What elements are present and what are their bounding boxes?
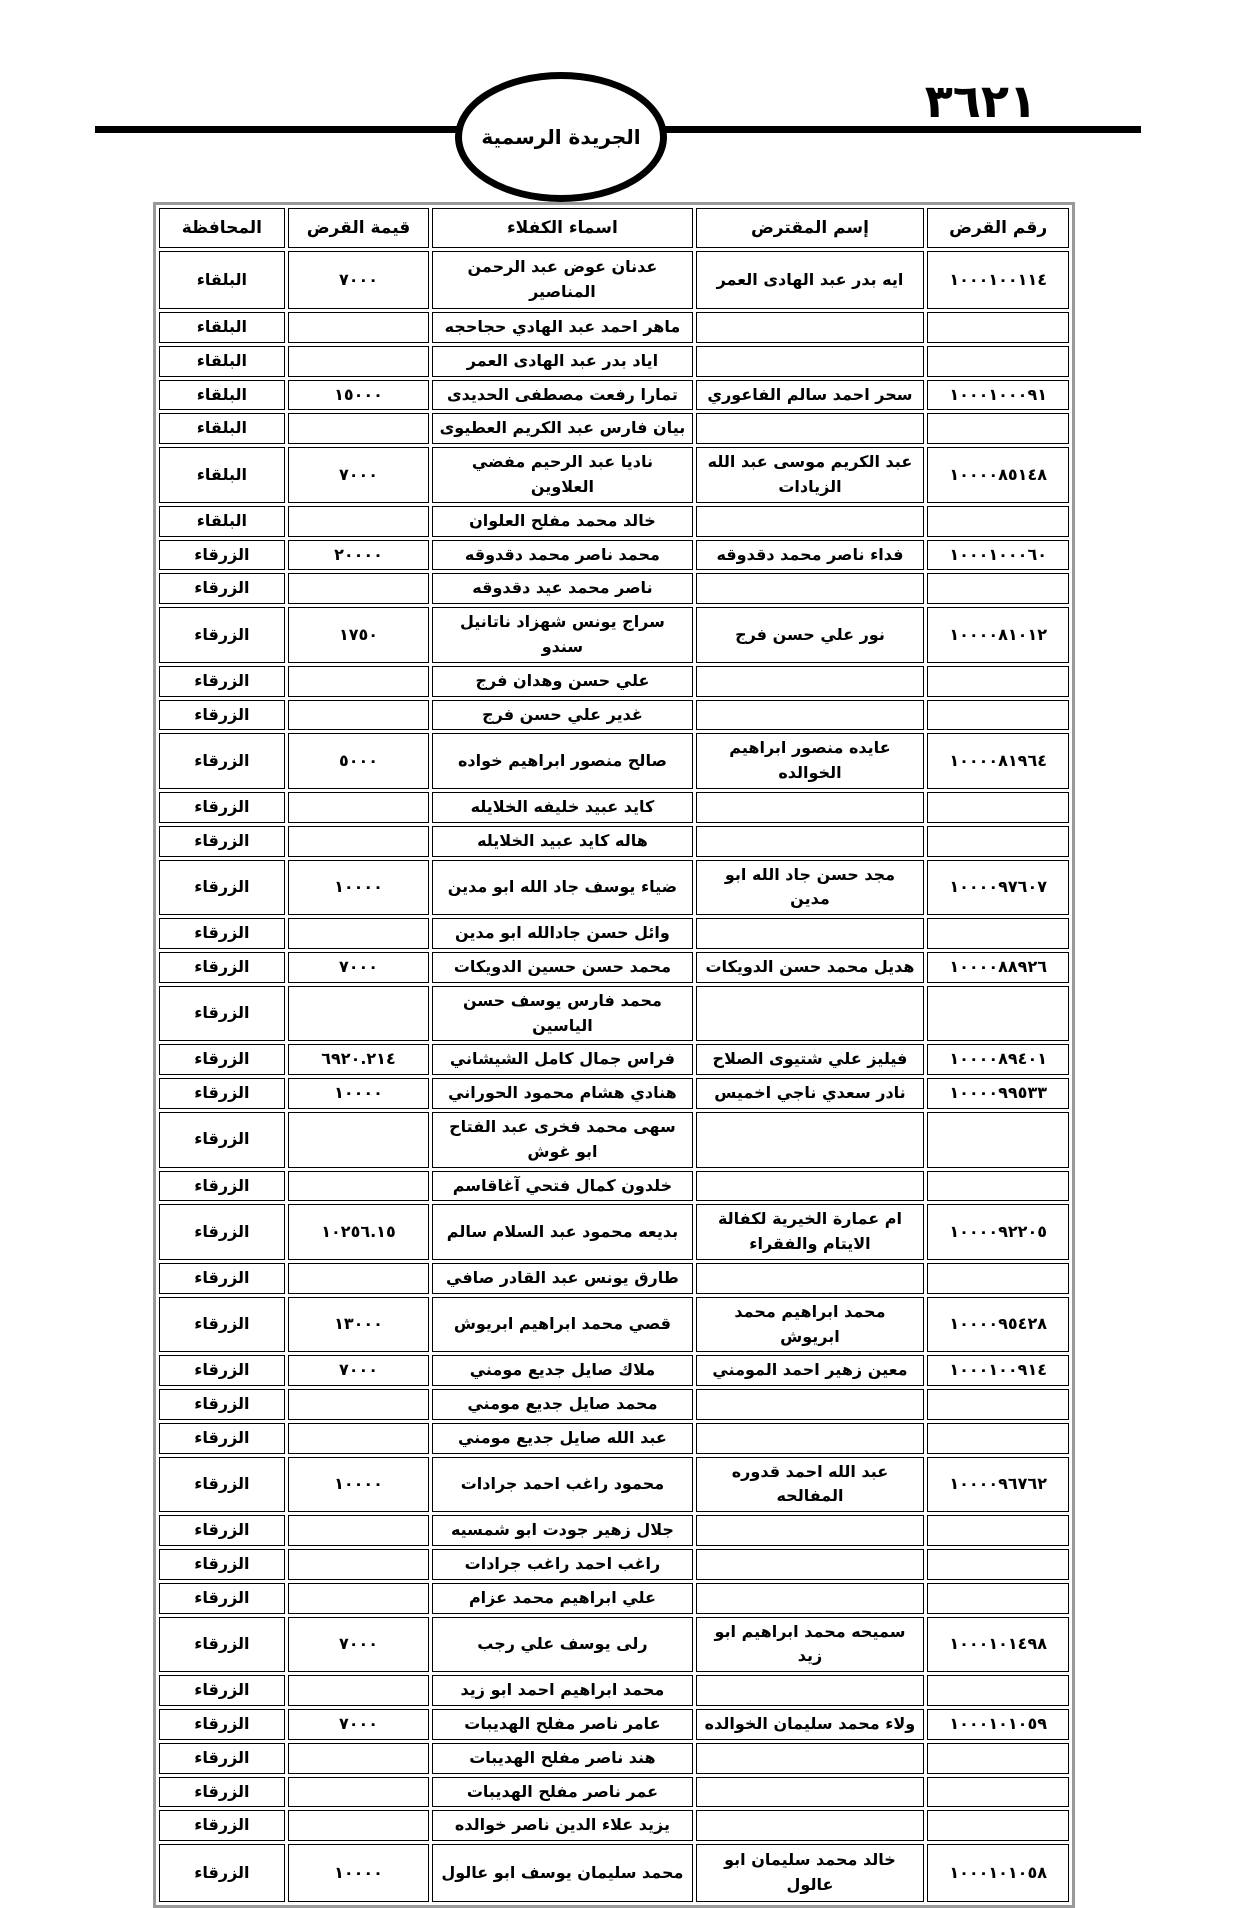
loan-number-cell: ١٠٠٠٠٨٨٩٢٦ [927, 952, 1069, 983]
amount-cell [288, 1583, 429, 1614]
amount-cell [288, 1549, 429, 1580]
guarantors-cell: فراس جمال كامل الشيشاني [432, 1044, 692, 1075]
loan-number-cell [927, 1389, 1069, 1420]
amount-cell [288, 666, 429, 697]
loan-number-cell: ١٠٠٠٠٩٥٤٢٨ [927, 1297, 1069, 1353]
borrower-cell: ايه بدر عبد الهادى العمر [696, 251, 925, 309]
loan-number-cell [927, 573, 1069, 604]
table-row: ١٠٠٠١٠٠٠٦٠ فداء ناصر محمد دقدوقه محمد نا… [159, 540, 1069, 571]
guarantors-cell: كايد عبيد خليفه الخلايله [432, 792, 692, 823]
loan-number-cell [927, 1112, 1069, 1168]
governorate-cell: الزرقاء [159, 700, 285, 731]
guarantors-cell: سراج يونس شهزاد ناتانيل سندو [432, 607, 692, 663]
table-row: جلال زهير جودت ابو شمسيه الزرقاء [159, 1515, 1069, 1546]
table-row: محمد فارس يوسف حسن الياسين الزرقاء [159, 986, 1069, 1042]
guarantors-cell: محمد فارس يوسف حسن الياسين [432, 986, 692, 1042]
table-row: ١٠٠٠٠٩٩٥٣٣ نادر سعدي ناجي اخميس هنادي هش… [159, 1078, 1069, 1109]
loan-number-cell [927, 1810, 1069, 1841]
guarantors-cell: محمود راغب احمد جرادات [432, 1457, 692, 1513]
amount-cell [288, 986, 429, 1042]
loan-number-cell: ١٠٠٠٠٩٧٦٠٧ [927, 860, 1069, 916]
loan-number-cell [927, 1171, 1069, 1202]
governorate-cell: البلقاء [159, 413, 285, 444]
amount-cell [288, 1777, 429, 1808]
loan-number-cell [927, 826, 1069, 857]
header-loan-number: رقم القرض [927, 208, 1069, 248]
amount-cell [288, 1810, 429, 1841]
loan-number-cell [927, 1549, 1069, 1580]
table-row: ١٠٠٠٠٩٦٧٦٢ عبد الله احمد قدوره المفالحه … [159, 1457, 1069, 1513]
governorate-cell: الزرقاء [159, 826, 285, 857]
amount-cell [288, 1515, 429, 1546]
amount-cell: ١٣٠٠٠ [288, 1297, 429, 1353]
borrower-cell [696, 1515, 925, 1546]
table-row: ماهر احمد عبد الهادي حجاحجه البلقاء [159, 312, 1069, 343]
amount-cell [288, 1112, 429, 1168]
header-borrower: إسم المقترض [696, 208, 925, 248]
governorate-cell: الزرقاء [159, 1709, 285, 1740]
amount-cell [288, 918, 429, 949]
governorate-cell: الزرقاء [159, 918, 285, 949]
governorate-cell: الزرقاء [159, 1457, 285, 1513]
borrower-cell: عبد الله احمد قدوره المفالحه [696, 1457, 925, 1513]
borrower-cell [696, 1263, 925, 1294]
loan-number-cell: ١٠٠٠٠٨١٩٦٤ [927, 733, 1069, 789]
amount-cell [288, 1423, 429, 1454]
borrower-cell [696, 792, 925, 823]
guarantors-cell: هاله كايد عبيد الخلايله [432, 826, 692, 857]
governorate-cell: الزرقاء [159, 1675, 285, 1706]
governorate-cell: الزرقاء [159, 1777, 285, 1808]
guarantors-cell: وائل حسن جادالله ابو مدين [432, 918, 692, 949]
governorate-cell: البلقاء [159, 506, 285, 537]
governorate-cell: الزرقاء [159, 1583, 285, 1614]
borrower-cell [696, 986, 925, 1042]
header-amount: قيمة القرض [288, 208, 429, 248]
governorate-cell: الزرقاء [159, 1355, 285, 1386]
table-row: كايد عبيد خليفه الخلايله الزرقاء [159, 792, 1069, 823]
governorate-cell: الزرقاء [159, 1515, 285, 1546]
governorate-cell: البلقاء [159, 447, 285, 503]
guarantors-cell: صالح منصور ابراهيم خواده [432, 733, 692, 789]
borrower-cell: مجد حسن جاد الله ابو مدين [696, 860, 925, 916]
table-row: ١٠٠٠٠٨٨٩٢٦ هديل محمد حسن الدويكات محمد ح… [159, 952, 1069, 983]
borrower-cell [696, 700, 925, 731]
governorate-cell: الزرقاء [159, 733, 285, 789]
table-row: طارق يونس عبد القادر صافي الزرقاء [159, 1263, 1069, 1294]
loan-number-cell [927, 506, 1069, 537]
loan-number-cell [927, 700, 1069, 731]
loan-number-cell [927, 792, 1069, 823]
loan-number-cell: ١٠٠٠٠٨٩٤٠١ [927, 1044, 1069, 1075]
borrower-cell [696, 506, 925, 537]
table-row: خلدون كمال فتحي آغاقاسم الزرقاء [159, 1171, 1069, 1202]
governorate-cell: الزرقاء [159, 607, 285, 663]
guarantors-cell: محمد ابراهيم احمد ابو زيد [432, 1675, 692, 1706]
amount-cell: ٢٠٠٠٠ [288, 540, 429, 571]
borrower-cell: نور علي حسن فرج [696, 607, 925, 663]
table-row: ١٠٠٠٠٨١٠١٢ نور علي حسن فرج سراج يونس شهز… [159, 607, 1069, 663]
amount-cell [288, 506, 429, 537]
loan-number-cell [927, 1743, 1069, 1774]
amount-cell: ٧٠٠٠ [288, 952, 429, 983]
governorate-cell: الزرقاء [159, 1423, 285, 1454]
guarantors-cell: ضياء يوسف جاد الله ابو مدين [432, 860, 692, 916]
loan-number-cell [927, 986, 1069, 1042]
borrower-cell: محمد ابراهيم محمد ابريوش [696, 1297, 925, 1353]
guarantors-cell: راغب احمد راغب جرادات [432, 1549, 692, 1580]
borrower-cell: ولاء محمد سليمان الخوالده [696, 1709, 925, 1740]
governorate-cell: البلقاء [159, 312, 285, 343]
loan-number-cell: ١٠٠٠١٠٠٠٩١ [927, 380, 1069, 411]
borrower-cell [696, 1423, 925, 1454]
guarantors-cell: محمد صايل جديع مومني [432, 1389, 692, 1420]
amount-cell [288, 792, 429, 823]
table-row: علي حسن وهدان فرج الزرقاء [159, 666, 1069, 697]
governorate-cell: الزرقاء [159, 1078, 285, 1109]
table-row: ١٠٠٠١٠١٠٥٨ خالد محمد سليمان ابو عالول مح… [159, 1844, 1069, 1902]
amount-cell [288, 1389, 429, 1420]
amount-cell [288, 1743, 429, 1774]
loan-number-cell [927, 312, 1069, 343]
loan-number-cell: ١٠٠٠٠٨٥١٤٨ [927, 447, 1069, 503]
loan-number-cell [927, 918, 1069, 949]
loan-number-cell: ١٠٠٠١٠٠١١٤ [927, 251, 1069, 309]
borrower-cell: هديل محمد حسن الدويكات [696, 952, 925, 983]
governorate-cell: الزرقاء [159, 1204, 285, 1260]
loan-number-cell: ١٠٠٠١٠١٠٥٨ [927, 1844, 1069, 1902]
amount-cell [288, 1171, 429, 1202]
governorate-cell: الزرقاء [159, 952, 285, 983]
borrower-cell [696, 1810, 925, 1841]
amount-cell [288, 1675, 429, 1706]
loan-number-cell [927, 1423, 1069, 1454]
borrower-cell: فيليز علي شتيوى الصلاح [696, 1044, 925, 1075]
guarantors-cell: علي ابراهيم محمد عزام [432, 1583, 692, 1614]
guarantors-cell: يزيد علاء الدين ناصر خوالده [432, 1810, 692, 1841]
borrower-cell: عبد الكريم موسى عبد الله الزيادات [696, 447, 925, 503]
guarantors-cell: عامر ناصر مفلح الهديبات [432, 1709, 692, 1740]
governorate-cell: البلقاء [159, 346, 285, 377]
header-guarantors: اسماء الكفلاء [432, 208, 692, 248]
loan-number-cell: ١٠٠٠١٠٠٩١٤ [927, 1355, 1069, 1386]
guarantors-cell: عبد الله صايل جديع مومني [432, 1423, 692, 1454]
amount-cell: ٧٠٠٠ [288, 251, 429, 309]
loan-number-cell [927, 1675, 1069, 1706]
guarantors-cell: محمد سليمان يوسف ابو عالول [432, 1844, 692, 1902]
header-row: رقم القرض إسم المقترض اسماء الكفلاء قيمة… [159, 208, 1069, 248]
table-row: ١٠٠٠٠٨٩٤٠١ فيليز علي شتيوى الصلاح فراس ج… [159, 1044, 1069, 1075]
amount-cell: ١٠٠٠٠ [288, 1844, 429, 1902]
governorate-cell: الزرقاء [159, 1044, 285, 1075]
borrower-cell [696, 1389, 925, 1420]
amount-cell: ٧٠٠٠ [288, 1617, 429, 1673]
table-row: ١٠٠٠١٠١٠٥٩ ولاء محمد سليمان الخوالده عام… [159, 1709, 1069, 1740]
borrower-cell [696, 1743, 925, 1774]
table-row: خالد محمد مفلح العلوان البلقاء [159, 506, 1069, 537]
guarantors-cell: ماهر احمد عبد الهادي حجاحجه [432, 312, 692, 343]
page-number: ٣٦٢١ [925, 74, 1037, 128]
table-row: راغب احمد راغب جرادات الزرقاء [159, 1549, 1069, 1580]
guarantors-cell: محمد ناصر محمد دقدوقه [432, 540, 692, 571]
amount-cell: ٧٠٠٠ [288, 1709, 429, 1740]
table-row: ١٠٠٠٠٩٢٢٠٥ ام عمارة الخيرية لكفالة الايت… [159, 1204, 1069, 1260]
borrower-cell [696, 666, 925, 697]
borrower-cell: سحر احمد سالم الفاعوري [696, 380, 925, 411]
loans-table: رقم القرض إسم المقترض اسماء الكفلاء قيمة… [153, 202, 1075, 1908]
borrower-cell: معين زهير احمد المومني [696, 1355, 925, 1386]
borrower-cell [696, 413, 925, 444]
loan-number-cell [927, 1515, 1069, 1546]
amount-cell: ٧٠٠٠ [288, 447, 429, 503]
governorate-cell: الزرقاء [159, 860, 285, 916]
borrower-cell [696, 1171, 925, 1202]
table-row: علي ابراهيم محمد عزام الزرقاء [159, 1583, 1069, 1614]
guarantors-cell: سهى محمد فخرى عبد الفتاح ابو غوش [432, 1112, 692, 1168]
borrower-cell [696, 1675, 925, 1706]
loan-number-cell: ١٠٠٠٠٩٩٥٣٣ [927, 1078, 1069, 1109]
guarantors-cell: تمارا رفعت مصطفى الحديدى [432, 380, 692, 411]
loan-number-cell [927, 346, 1069, 377]
governorate-cell: الزرقاء [159, 1389, 285, 1420]
table-row: وائل حسن جادالله ابو مدين الزرقاء [159, 918, 1069, 949]
borrower-cell [696, 1112, 925, 1168]
governorate-cell: الزرقاء [159, 573, 285, 604]
table-row: ١٠٠٠١٠٠١١٤ ايه بدر عبد الهادى العمر عدنا… [159, 251, 1069, 309]
borrower-cell: سميحه محمد ابراهيم ابو زيد [696, 1617, 925, 1673]
guarantors-cell: علي حسن وهدان فرج [432, 666, 692, 697]
governorate-cell: الزرقاء [159, 666, 285, 697]
loan-number-cell [927, 413, 1069, 444]
loan-number-cell: ١٠٠٠٠٨١٠١٢ [927, 607, 1069, 663]
table-row: عمر ناصر مفلح الهديبات الزرقاء [159, 1777, 1069, 1808]
loan-number-cell: ١٠٠٠١٠١٠٥٩ [927, 1709, 1069, 1740]
loan-number-cell: ١٠٠٠٠٩٢٢٠٥ [927, 1204, 1069, 1260]
amount-cell [288, 700, 429, 731]
guarantors-cell: بديعه محمود عبد السلام سالم [432, 1204, 692, 1260]
guarantors-cell: هنادي هشام محمود الحوراني [432, 1078, 692, 1109]
borrower-cell: فداء ناصر محمد دقدوقه [696, 540, 925, 571]
loan-number-cell [927, 666, 1069, 697]
guarantors-cell: خالد محمد مفلح العلوان [432, 506, 692, 537]
table-row: غدير علي حسن فرج الزرقاء [159, 700, 1069, 731]
amount-cell: ٧٠٠٠ [288, 1355, 429, 1386]
loan-number-cell: ١٠٠٠١٠١٤٩٨ [927, 1617, 1069, 1673]
guarantors-cell: محمد حسن حسين الدويكات [432, 952, 692, 983]
guarantors-cell: رلى يوسف علي رجب [432, 1617, 692, 1673]
guarantors-cell: عمر ناصر مفلح الهديبات [432, 1777, 692, 1808]
governorate-cell: الزرقاء [159, 1171, 285, 1202]
governorate-cell: الزرقاء [159, 1617, 285, 1673]
governorate-cell: الزرقاء [159, 1112, 285, 1168]
borrower-cell: خالد محمد سليمان ابو عالول [696, 1844, 925, 1902]
amount-cell [288, 573, 429, 604]
table-row: سهى محمد فخرى عبد الفتاح ابو غوش الزرقاء [159, 1112, 1069, 1168]
table-row: ١٠٠٠٠٨١٩٦٤ عايده منصور ابراهيم الخوالده … [159, 733, 1069, 789]
loan-number-cell: ١٠٠٠١٠٠٠٦٠ [927, 540, 1069, 571]
amount-cell [288, 346, 429, 377]
table-row: بيان فارس عبد الكريم العطيوى البلقاء [159, 413, 1069, 444]
governorate-cell: الزرقاء [159, 986, 285, 1042]
borrower-cell [696, 312, 925, 343]
table-row: اياد بدر عبد الهادى العمر البلقاء [159, 346, 1069, 377]
guarantors-cell: خلدون كمال فتحي آغاقاسم [432, 1171, 692, 1202]
table-row: ١٠٠٠١٠٠٩١٤ معين زهير احمد المومني ملاك ص… [159, 1355, 1069, 1386]
amount-cell [288, 826, 429, 857]
governorate-cell: الزرقاء [159, 1297, 285, 1353]
amount-cell: ١٧٥٠ [288, 607, 429, 663]
guarantors-cell: غدير علي حسن فرج [432, 700, 692, 731]
amount-cell [288, 413, 429, 444]
amount-cell: ١٠٠٠٠ [288, 1078, 429, 1109]
table-row: يزيد علاء الدين ناصر خوالده الزرقاء [159, 1810, 1069, 1841]
governorate-cell: الزرقاء [159, 1810, 285, 1841]
amount-cell: ١٥٠٠٠ [288, 380, 429, 411]
amount-cell: ٦٩٢٠.٢١٤ [288, 1044, 429, 1075]
amount-cell: ١٠٢٥٦.١٥ [288, 1204, 429, 1260]
governorate-cell: الزرقاء [159, 540, 285, 571]
guarantors-cell: بيان فارس عبد الكريم العطيوى [432, 413, 692, 444]
guarantors-cell: ناصر محمد عيد دقدوقه [432, 573, 692, 604]
table-row: ١٠٠٠٠٩٧٦٠٧ مجد حسن جاد الله ابو مدين ضيا… [159, 860, 1069, 916]
guarantors-cell: ملاك صايل جديع مومني [432, 1355, 692, 1386]
borrower-cell [696, 826, 925, 857]
borrower-cell [696, 918, 925, 949]
table-row: محمد ابراهيم احمد ابو زيد الزرقاء [159, 1675, 1069, 1706]
gazette-banner-text: الجريدة الرسمية [481, 125, 640, 149]
governorate-cell: الزرقاء [159, 1743, 285, 1774]
gazette-banner: الجريدة الرسمية [455, 72, 667, 202]
loan-number-cell [927, 1263, 1069, 1294]
governorate-cell: الزرقاء [159, 792, 285, 823]
governorate-cell: البلقاء [159, 380, 285, 411]
table-row: ١٠٠٠٠٩٥٤٢٨ محمد ابراهيم محمد ابريوش قصي … [159, 1297, 1069, 1353]
table-row: هند ناصر مفلح الهديبات الزرقاء [159, 1743, 1069, 1774]
amount-cell [288, 312, 429, 343]
guarantors-cell: طارق يونس عبد القادر صافي [432, 1263, 692, 1294]
table-row: هاله كايد عبيد الخلايله الزرقاء [159, 826, 1069, 857]
guarantors-cell: جلال زهير جودت ابو شمسيه [432, 1515, 692, 1546]
loan-number-cell [927, 1583, 1069, 1614]
table-row: ١٠٠٠١٠٠٠٩١ سحر احمد سالم الفاعوري تمارا … [159, 380, 1069, 411]
loan-number-cell [927, 1777, 1069, 1808]
amount-cell [288, 1263, 429, 1294]
amount-cell: ٥٠٠٠ [288, 733, 429, 789]
borrower-cell: عايده منصور ابراهيم الخوالده [696, 733, 925, 789]
loans-table-body: ١٠٠٠١٠٠١١٤ ايه بدر عبد الهادى العمر عدنا… [159, 251, 1069, 1902]
table-row: ١٠٠٠١٠١٤٩٨ سميحه محمد ابراهيم ابو زيد رل… [159, 1617, 1069, 1673]
guarantors-cell: عدنان عوض عبد الرحمن المناصير [432, 251, 692, 309]
borrower-cell [696, 346, 925, 377]
borrower-cell [696, 1583, 925, 1614]
governorate-cell: البلقاء [159, 251, 285, 309]
borrower-cell [696, 1549, 925, 1580]
table-row: محمد صايل جديع مومني الزرقاء [159, 1389, 1069, 1420]
amount-cell: ١٠٠٠٠ [288, 860, 429, 916]
governorate-cell: الزرقاء [159, 1549, 285, 1580]
borrower-cell [696, 1777, 925, 1808]
governorate-cell: الزرقاء [159, 1263, 285, 1294]
borrower-cell [696, 573, 925, 604]
header-governorate: المحافظة [159, 208, 285, 248]
table-row: ١٠٠٠٠٨٥١٤٨ عبد الكريم موسى عبد الله الزي… [159, 447, 1069, 503]
guarantors-cell: قصي محمد ابراهيم ابريوش [432, 1297, 692, 1353]
guarantors-cell: ناديا عبد الرحيم مفضي العلاوين [432, 447, 692, 503]
loan-number-cell: ١٠٠٠٠٩٦٧٦٢ [927, 1457, 1069, 1513]
borrower-cell: نادر سعدي ناجي اخميس [696, 1078, 925, 1109]
borrower-cell: ام عمارة الخيرية لكفالة الايتام والفقراء [696, 1204, 925, 1260]
amount-cell: ١٠٠٠٠ [288, 1457, 429, 1513]
table-row: ناصر محمد عيد دقدوقه الزرقاء [159, 573, 1069, 604]
table-row: عبد الله صايل جديع مومني الزرقاء [159, 1423, 1069, 1454]
guarantors-cell: هند ناصر مفلح الهديبات [432, 1743, 692, 1774]
governorate-cell: الزرقاء [159, 1844, 285, 1902]
guarantors-cell: اياد بدر عبد الهادى العمر [432, 346, 692, 377]
